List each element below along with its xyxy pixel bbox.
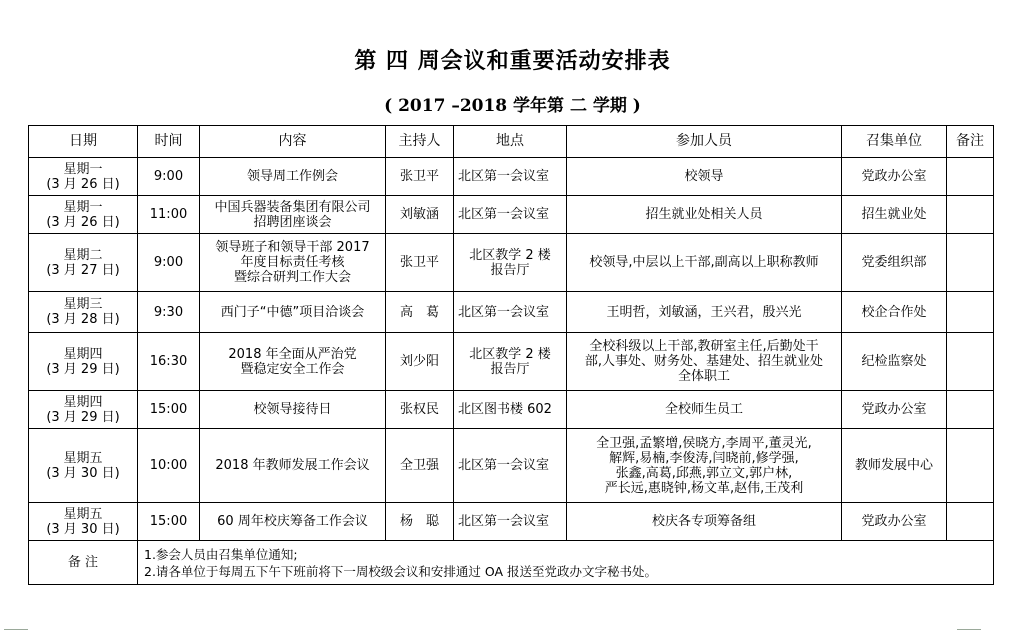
host-cell: 刘敏涵 (386, 196, 454, 234)
organizer-cell: 党政办公室 (842, 391, 947, 429)
host-cell: 全卫强 (386, 429, 454, 503)
time-cell: 16:30 (138, 333, 200, 391)
notes-row: 备 注 1.参会人员由召集单位通知; 2.请各单位于每周五下午下班前将下一周校级… (29, 541, 994, 585)
weekday-label: 星期三 (31, 297, 135, 312)
date-label: (3 月 27 日) (31, 263, 135, 278)
content-cell: 西门子“中德”项目洽谈会 (200, 292, 386, 333)
date-label: (3 月 30 日) (31, 522, 135, 537)
table-row: 星期三(3 月 28 日)9:30西门子“中德”项目洽谈会高 葛北区第一会议室王… (29, 292, 994, 333)
header-host: 主持人 (386, 126, 454, 158)
remark-cell (947, 158, 994, 196)
date-cell: 星期三(3 月 28 日) (29, 292, 138, 333)
time-cell: 9:00 (138, 234, 200, 292)
host-cell: 高 葛 (386, 292, 454, 333)
document-subtitle: ( 2017 –2018 学年第 二 学期 ) (0, 91, 1025, 116)
content-cell: 领导班子和领导干部 2017 年度目标责任考核 暨综合研判工作大会 (200, 234, 386, 292)
weekday-label: 星期五 (31, 507, 135, 522)
location-cell: 北区教学 2 楼 报告厅 (454, 234, 567, 292)
schedule-table: 日期 时间 内容 主持人 地点 参加人员 召集单位 备注 星期一(3 月 26 … (28, 125, 994, 585)
table-row: 星期二(3 月 27 日)9:00领导班子和领导干部 2017 年度目标责任考核… (29, 234, 994, 292)
attendees-cell: 校领导 (567, 158, 842, 196)
attendees-cell: 全卫强,孟繁增,侯晓方,李周平,董灵光, 解辉,易楠,李俊涛,闫晓前,修学强, … (567, 429, 842, 503)
weekday-label: 星期四 (31, 347, 135, 362)
organizer-cell: 招生就业处 (842, 196, 947, 234)
document-title: 第 四 周会议和重要活动安排表 (0, 44, 1025, 75)
organizer-cell: 党委组织部 (842, 234, 947, 292)
date-cell: 星期四(3 月 29 日) (29, 391, 138, 429)
weekday-label: 星期一 (31, 200, 135, 215)
content-cell: 2018 年教师发展工作会议 (200, 429, 386, 503)
time-cell: 15:00 (138, 503, 200, 541)
crop-mark-right (957, 629, 981, 630)
location-cell: 北区第一会议室 (454, 503, 567, 541)
table-row: 星期五(3 月 30 日)10:002018 年教师发展工作会议全卫强北区第一会… (29, 429, 994, 503)
content-cell: 2018 年全面从严治党 暨稳定安全工作会 (200, 333, 386, 391)
time-cell: 11:00 (138, 196, 200, 234)
organizer-cell: 党政办公室 (842, 503, 947, 541)
remark-cell (947, 503, 994, 541)
notes-label: 备 注 (29, 541, 138, 585)
date-label: (3 月 29 日) (31, 362, 135, 377)
organizer-cell: 纪检监察处 (842, 333, 947, 391)
remark-cell (947, 429, 994, 503)
date-label: (3 月 26 日) (31, 177, 135, 192)
attendees-cell: 全校科级以上干部,教研室主任,后勤处干 部,人事处、财务处、基建处、招生就业处 … (567, 333, 842, 391)
date-label: (3 月 29 日) (31, 410, 135, 425)
attendees-cell: 全校师生员工 (567, 391, 842, 429)
date-cell: 星期一(3 月 26 日) (29, 196, 138, 234)
remark-cell (947, 196, 994, 234)
note-item: 2.请各单位于每周五下午下班前将下一周校级会议和安排通过 OA 报送至党政办文字… (144, 563, 991, 580)
time-cell: 15:00 (138, 391, 200, 429)
header-remark: 备注 (947, 126, 994, 158)
remark-cell (947, 292, 994, 333)
weekday-label: 星期五 (31, 451, 135, 466)
location-cell: 北区教学 2 楼 报告厅 (454, 333, 567, 391)
date-label: (3 月 28 日) (31, 312, 135, 327)
content-cell: 中国兵器装备集团有限公司 招聘团座谈会 (200, 196, 386, 234)
content-cell: 60 周年校庆筹备工作会议 (200, 503, 386, 541)
header-row: 日期 时间 内容 主持人 地点 参加人员 召集单位 备注 (29, 126, 994, 158)
table-row: 星期一(3 月 26 日)9:00领导周工作例会张卫平北区第一会议室校领导党政办… (29, 158, 994, 196)
content-cell: 校领导接待日 (200, 391, 386, 429)
weekday-label: 星期一 (31, 162, 135, 177)
host-cell: 杨 聪 (386, 503, 454, 541)
organizer-cell: 党政办公室 (842, 158, 947, 196)
location-cell: 北区第一会议室 (454, 158, 567, 196)
time-cell: 9:30 (138, 292, 200, 333)
crop-mark-left (4, 629, 28, 630)
content-cell: 领导周工作例会 (200, 158, 386, 196)
attendees-cell: 招生就业处相关人员 (567, 196, 842, 234)
header-location: 地点 (454, 126, 567, 158)
date-label: (3 月 26 日) (31, 215, 135, 230)
host-cell: 张卫平 (386, 158, 454, 196)
location-cell: 北区第一会议室 (454, 292, 567, 333)
organizer-cell: 教师发展中心 (842, 429, 947, 503)
table-row: 星期一(3 月 26 日)11:00中国兵器装备集团有限公司 招聘团座谈会刘敏涵… (29, 196, 994, 234)
remark-cell (947, 234, 994, 292)
host-cell: 张卫平 (386, 234, 454, 292)
host-cell: 张权民 (386, 391, 454, 429)
host-cell: 刘少阳 (386, 333, 454, 391)
date-cell: 星期四(3 月 29 日) (29, 333, 138, 391)
organizer-cell: 校企合作处 (842, 292, 947, 333)
weekday-label: 星期四 (31, 395, 135, 410)
date-cell: 星期五(3 月 30 日) (29, 503, 138, 541)
header-organizer: 召集单位 (842, 126, 947, 158)
time-cell: 10:00 (138, 429, 200, 503)
time-cell: 9:00 (138, 158, 200, 196)
header-content: 内容 (200, 126, 386, 158)
table-row: 星期四(3 月 29 日)15:00校领导接待日张权民北区图书楼 602全校师生… (29, 391, 994, 429)
attendees-cell: 校庆各专项筹备组 (567, 503, 842, 541)
date-cell: 星期五(3 月 30 日) (29, 429, 138, 503)
attendees-cell: 校领导,中层以上干部,副高以上职称教师 (567, 234, 842, 292)
date-cell: 星期一(3 月 26 日) (29, 158, 138, 196)
table-row: 星期五(3 月 30 日)15:0060 周年校庆筹备工作会议杨 聪北区第一会议… (29, 503, 994, 541)
attendees-cell: 王明哲，刘敏涵，王兴君，殷兴光 (567, 292, 842, 333)
date-cell: 星期二(3 月 27 日) (29, 234, 138, 292)
remark-cell (947, 391, 994, 429)
weekday-label: 星期二 (31, 248, 135, 263)
header-time: 时间 (138, 126, 200, 158)
header-attendees: 参加人员 (567, 126, 842, 158)
table-row: 星期四(3 月 29 日)16:302018 年全面从严治党 暨稳定安全工作会刘… (29, 333, 994, 391)
note-item: 1.参会人员由召集单位通知; (144, 546, 991, 563)
location-cell: 北区图书楼 602 (454, 391, 567, 429)
remark-cell (947, 333, 994, 391)
notes-content: 1.参会人员由召集单位通知; 2.请各单位于每周五下午下班前将下一周校级会议和安… (138, 541, 994, 585)
header-date: 日期 (29, 126, 138, 158)
date-label: (3 月 30 日) (31, 466, 135, 481)
location-cell: 北区第一会议室 (454, 429, 567, 503)
location-cell: 北区第一会议室 (454, 196, 567, 234)
